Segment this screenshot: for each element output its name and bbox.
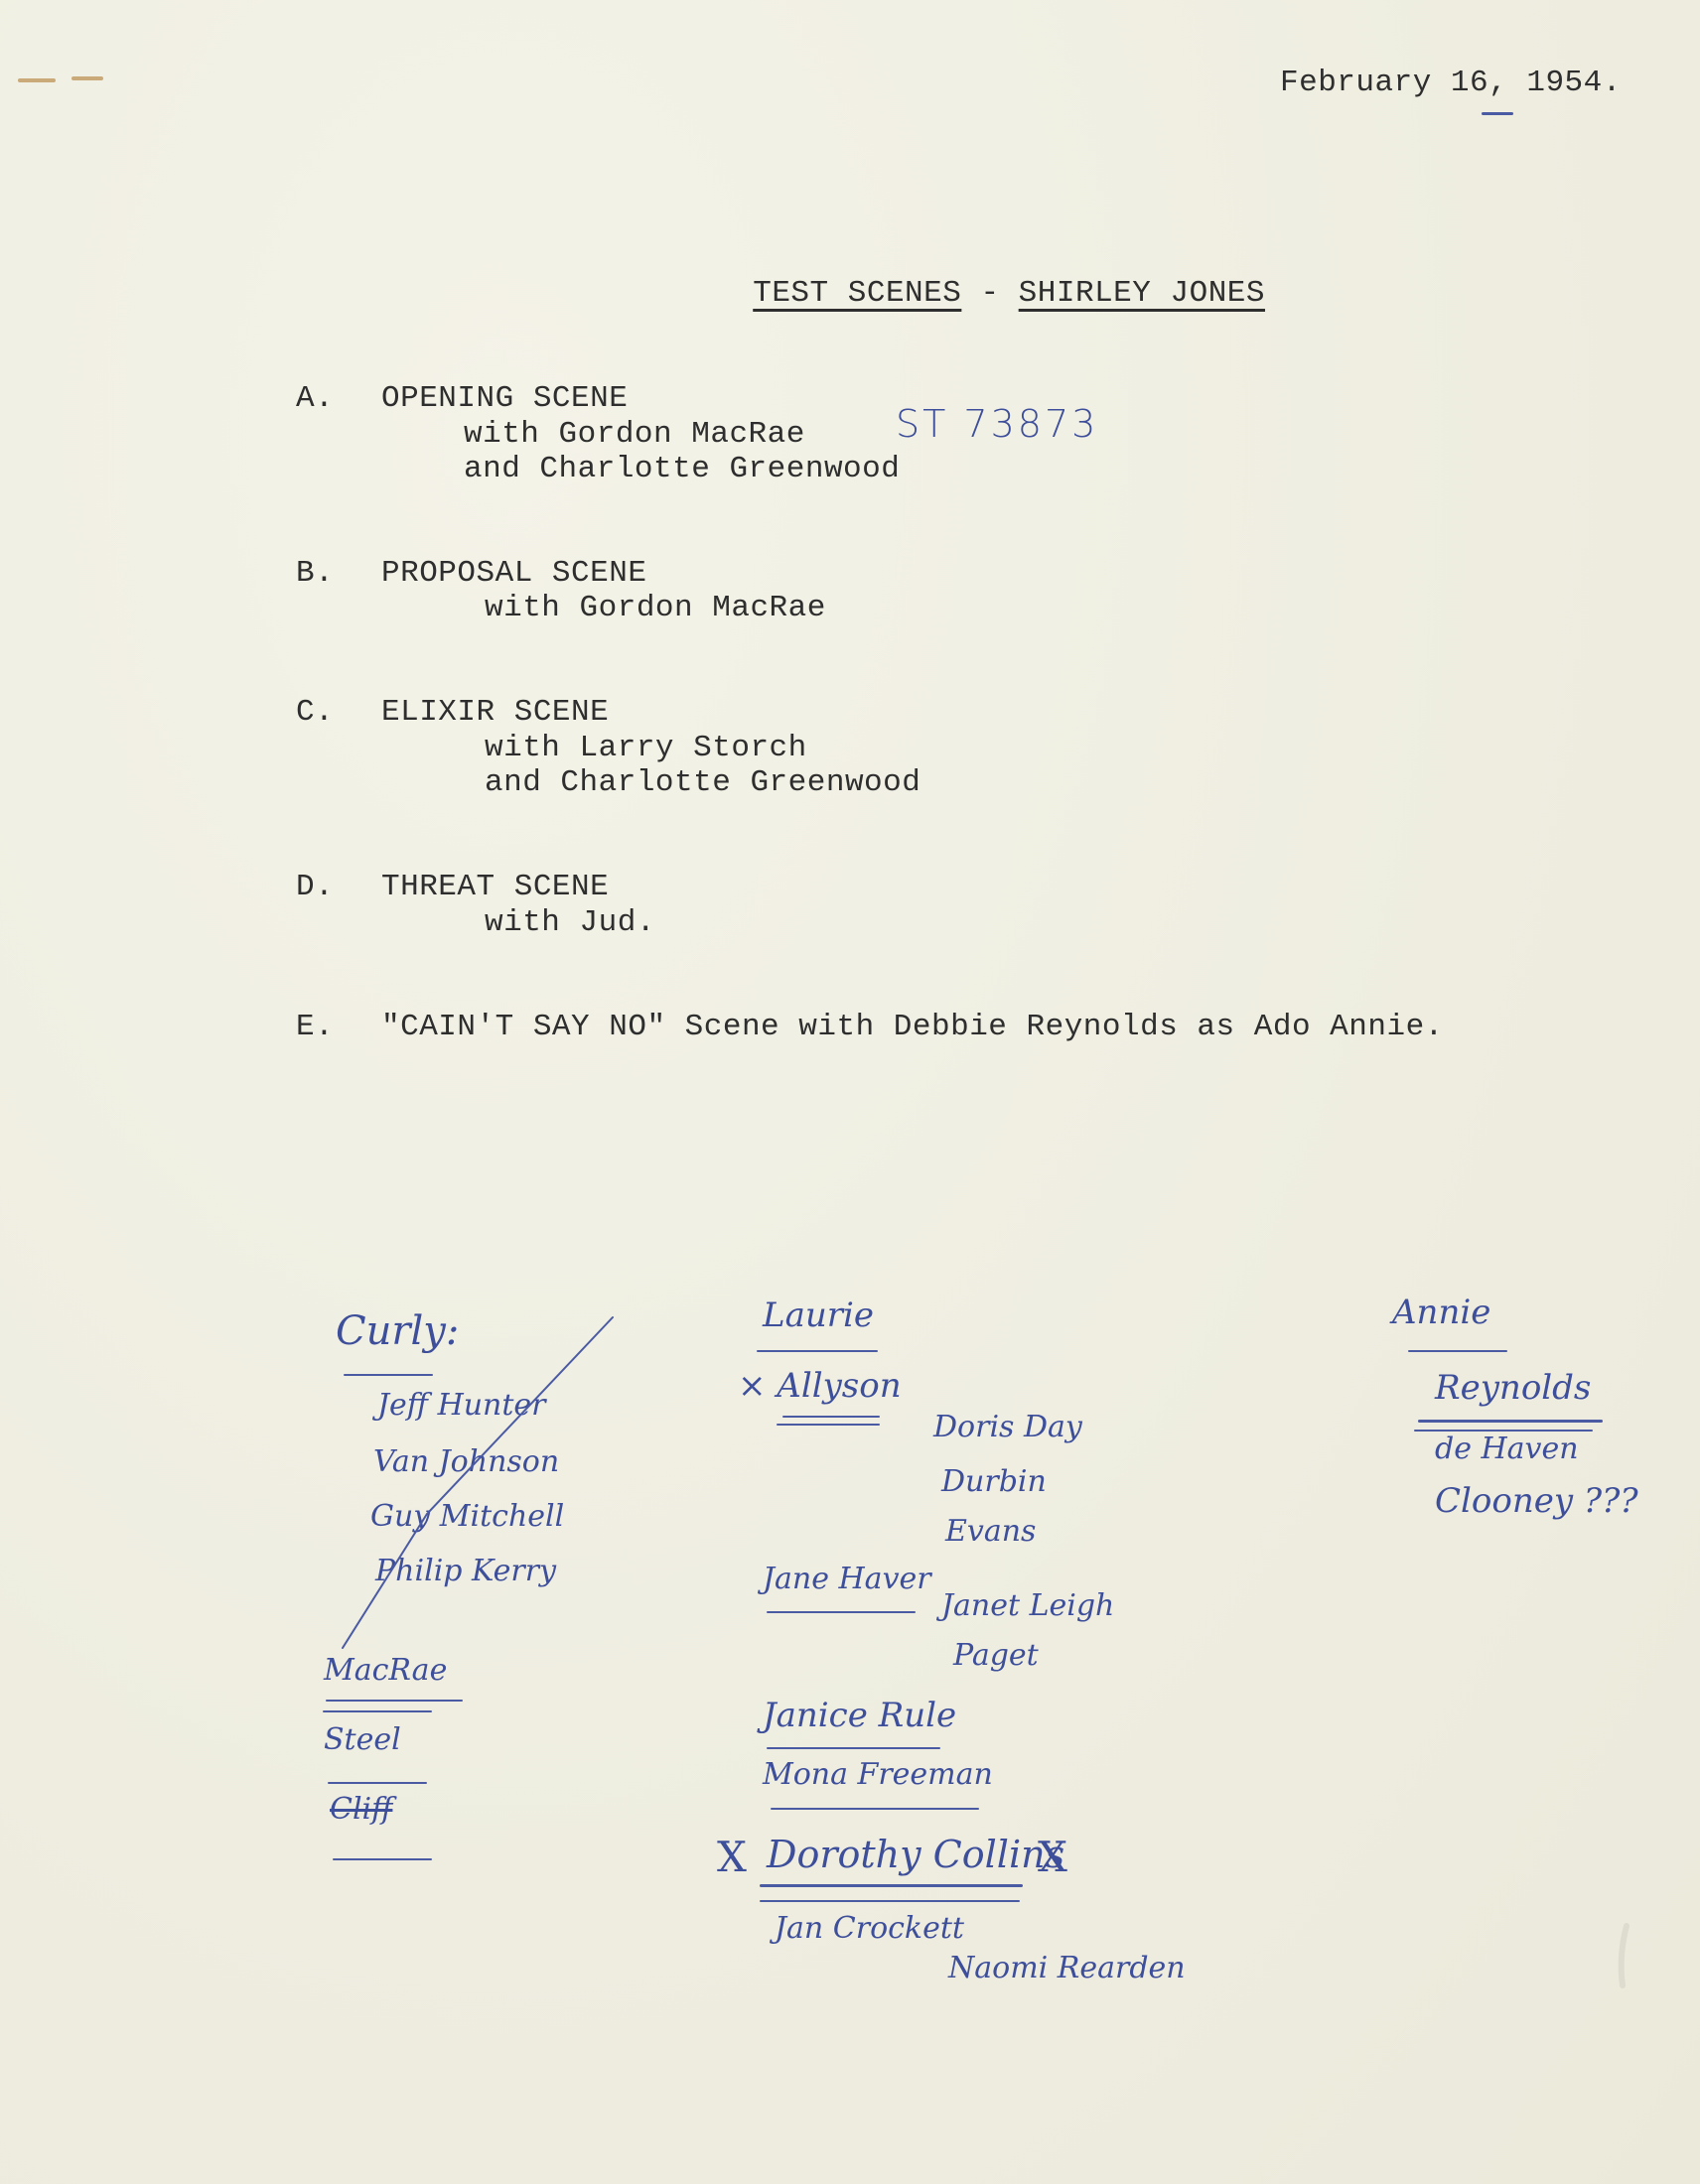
document-date: February 16, 1954. [1280,66,1622,100]
laurie-starred-candidate: Dorothy Collins [767,1833,1064,1876]
paper-stain [71,76,103,80]
laurie-candidate-underline [767,1611,916,1613]
scene-a-title: OPENING SCENE [381,381,628,416]
annie-heading: Annie [1392,1293,1490,1332]
curly-candidate: Jeff Hunter [377,1388,546,1423]
annie-candidate: Reynolds [1435,1368,1591,1408]
curly-underline [344,1374,433,1376]
scene-b-title: PROPOSAL SCENE [381,556,646,591]
title-right: SHIRLEY JONES [1019,276,1265,311]
laurie-starred-underline [760,1884,1023,1887]
laurie-candidate: Janice Rule [763,1696,956,1735]
scene-c-letter: C. [296,695,334,730]
laurie-candidate: Jan Crockett [775,1911,964,1946]
curly-candidate: Guy Mitchell [370,1499,564,1534]
laurie-candidate: Doris Day [933,1410,1082,1444]
laurie-x-mark: X [717,1833,747,1881]
laurie-marked-underline [782,1416,880,1418]
curly-name-struck: Cliff [330,1792,392,1827]
laurie-candidate: Evans [945,1514,1036,1549]
curly-name: Steel [324,1722,401,1757]
curly-name-underline [326,1700,463,1702]
document-title: TEST SCENES - SHIRLEY JONES [715,241,1265,311]
scene-a-line: with Gordon MacRae [464,417,805,452]
laurie-candidate: Janet Leigh [941,1588,1114,1623]
scene-d-line: with Jud. [485,905,655,940]
laurie-candidate-underline [767,1747,940,1749]
scene-c-line: and Charlotte Greenwood [485,765,921,800]
curly-candidate: Van Johnson [373,1444,559,1479]
laurie-underline [757,1350,878,1352]
curly-name-underline [328,1782,427,1784]
scene-d-letter: D. [296,870,334,904]
laurie-candidate: Jane Haver [763,1562,931,1596]
scene-c-line: with Larry Storch [485,731,807,765]
laurie-candidate-underline [771,1808,979,1810]
laurie-candidate: Naomi Rearden [948,1951,1186,1985]
laurie-marked-underline [777,1424,880,1426]
date-ink-mark [1482,112,1513,115]
laurie-heading: Laurie [763,1296,874,1335]
scene-a-annotation: ST 73873 [896,402,1098,446]
title-left: TEST SCENES [753,276,961,311]
laurie-candidate: Mona Freeman [763,1757,993,1792]
annie-candidate: de Haven [1435,1432,1579,1466]
laurie-marked-candidate: × Allyson [738,1366,902,1406]
annie-candidate: Clooney ??? [1435,1481,1638,1521]
curly-candidate: Philip Kerry [375,1554,556,1588]
scene-b-line: with Gordon MacRae [485,591,826,625]
laurie-starred-underline [760,1900,1020,1902]
curly-name-underline [323,1710,432,1712]
curly-name-underline [333,1858,432,1860]
curly-name: MacRae [324,1653,447,1688]
scene-a-letter: A. [296,381,334,416]
scene-e-letter: E. [296,1010,334,1044]
paper-stain [18,78,56,82]
laurie-candidate: Paget [953,1638,1039,1673]
title-separator: - [961,276,1018,311]
scene-c-title: ELIXIR SCENE [381,695,609,730]
scene-a-line: and Charlotte Greenwood [464,452,900,486]
curly-heading: Curly: [336,1308,459,1354]
laurie-x-mark: X [1038,1833,1067,1881]
scene-b-letter: B. [296,556,334,591]
annie-candidate-underline [1418,1420,1603,1423]
laurie-candidate: Durbin [941,1464,1047,1499]
annie-underline [1408,1350,1507,1352]
scene-d-title: THREAT SCENE [381,870,609,904]
scene-e-title: "CAIN'T SAY NO" Scene with Debbie Reynol… [381,1010,1444,1044]
